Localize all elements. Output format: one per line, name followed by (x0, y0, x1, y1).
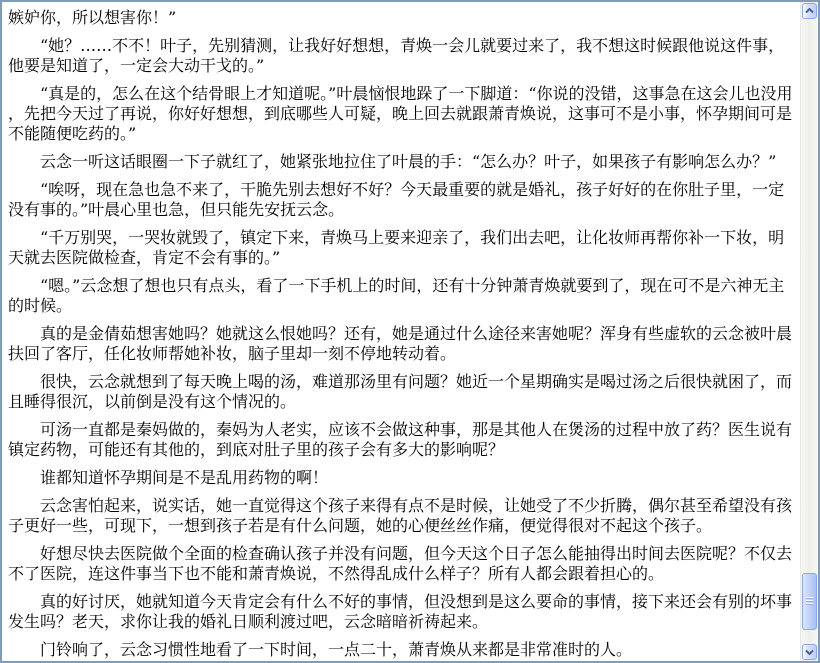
scrollbar-grip-icon (806, 597, 813, 606)
paragraph: 可汤一直都是秦妈做的，秦妈为人老实，应该不会做这种事，那是其他人在煲汤的过程中放… (8, 420, 797, 460)
novel-text-page: 嫉妒你，所以想害你！” “她？……不不！叶子，先别猜测，让我好好想想，青焕一会儿… (0, 0, 820, 663)
paragraph: 谁都知道怀孕期间是不是乱用药物的啊！ (8, 468, 797, 488)
paragraph: 门铃响了，云念习惯性地看了一下时间，一点二十，萧青焕从来都是非常准时的人。 (8, 640, 797, 660)
paragraph: 嫉妒你，所以想害你！” (8, 8, 797, 28)
novel-text-content: 嫉妒你，所以想害你！” “她？……不不！叶子，先别猜测，让我好好想想，青焕一会儿… (2, 2, 800, 661)
scroll-down-button[interactable] (802, 644, 817, 660)
paragraph: 很快，云念就想到了每天晚上喝的汤，难道那汤里有问题？她近一个星期确实是喝过汤之后… (8, 372, 797, 412)
scroll-up-button[interactable] (802, 3, 817, 19)
paragraph: “她？……不不！叶子，先别猜测，让我好好想想，青焕一会儿就要过来了，我不想这时候… (8, 36, 797, 76)
paragraph: 云念一听这话眼圈一下子就红了，她紧张地拉住了叶晨的手：“怎么办？叶子，如果孩子有… (8, 152, 797, 172)
chevron-up-icon (805, 8, 814, 14)
paragraph: “真是的，怎么在这个结骨眼上才知道呢。”叶晨恼恨地跺了一下脚道：“你说的没错，这… (8, 84, 797, 144)
paragraph: “千万别哭，一哭妆就毁了，镇定下来，青焕马上要来迎亲了，我们出去吧，让化妆师再帮… (8, 228, 797, 268)
scrollbar-thumb[interactable] (802, 573, 817, 630)
vertical-scrollbar[interactable] (800, 2, 818, 661)
paragraph: “唉呀，现在急也急不来了，干脆先别去想好不好？今天最重要的就是婚礼，孩子好好的在… (8, 180, 797, 220)
paragraph: 云念害怕起来，说实话，她一直觉得这个孩子来得有点不是时候，让她受了不少折腾，偶尔… (8, 496, 797, 536)
chevron-down-icon (805, 649, 814, 655)
paragraph: “嗯。”云念想了想也只有点头，看了一下手机上的时间，还有十分钟萧青焕就要到了，现… (8, 276, 797, 316)
paragraph: 真的好讨厌，她就知道今天肯定会有什么不好的事情，但没想到是这么要命的事情，接下来… (8, 592, 797, 632)
paragraph: 真的是金倩茹想害她吗？她就这么恨她吗？还有，她是通过什么途径来害她呢？浑身有些虚… (8, 324, 797, 364)
paragraph: 好想尽快去医院做个全面的检查确认孩子并没有问题，但今天这个日子怎么能抽得出时间去… (8, 544, 797, 584)
